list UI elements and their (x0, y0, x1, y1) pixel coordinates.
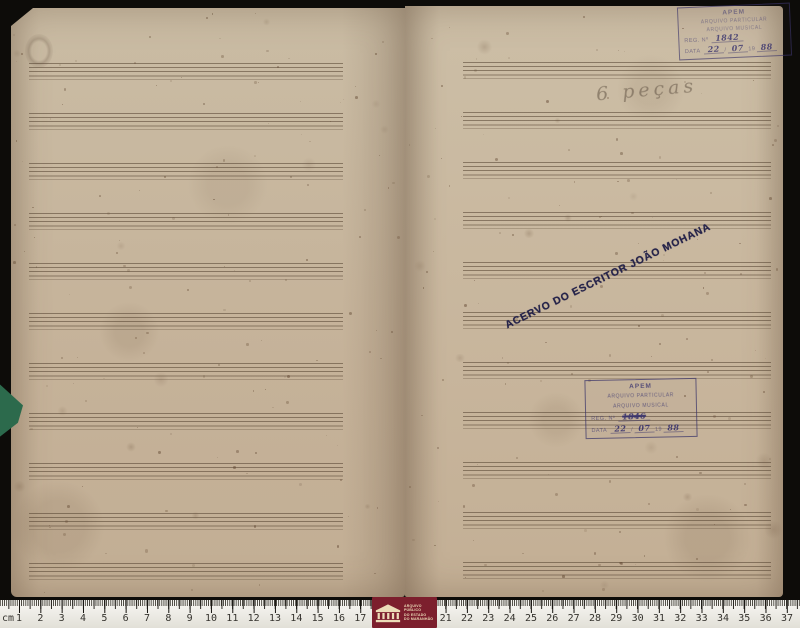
paper-speck (765, 358, 766, 359)
paper-speck (437, 447, 439, 449)
paper-stain (454, 354, 466, 363)
ruler-number: 30 (632, 613, 644, 624)
paper-speck (583, 16, 585, 18)
paper-speck (255, 13, 256, 14)
paper-speck (542, 590, 544, 592)
paper-speck (545, 342, 546, 343)
paper-speck (434, 218, 436, 220)
paper-speck (116, 252, 118, 254)
ruler-number: 32 (674, 613, 686, 624)
staff-lines (29, 163, 343, 180)
paper-speck (744, 483, 747, 486)
paper-speck (409, 486, 411, 488)
ruler-number: 36 (760, 613, 772, 624)
reg-value-crossed-out: 1846 (618, 411, 650, 421)
paper-speck (435, 128, 436, 129)
staff-lines (29, 63, 343, 80)
paper-speck (99, 195, 101, 197)
paper-speck (555, 493, 558, 496)
paper-speck (223, 309, 226, 312)
paper-speck (67, 505, 70, 508)
ruler-number: 31 (653, 613, 665, 624)
staff-lines (463, 562, 771, 579)
paper-speck (434, 545, 435, 546)
paper-speck (306, 259, 308, 261)
date-month-handwritten: 07 (727, 43, 747, 53)
paper-speck (562, 575, 565, 578)
paper-speck (316, 360, 318, 362)
ruler-number: 9 (187, 613, 193, 624)
ruler-number: 22 (461, 613, 473, 624)
paper-speck (464, 304, 467, 307)
paper-speck (149, 36, 151, 38)
paper-speck (254, 155, 256, 157)
paper-speck (728, 417, 731, 420)
paper-speck (392, 182, 395, 185)
paper-speck (508, 57, 510, 59)
paper-speck (397, 236, 400, 239)
staff-lines (29, 363, 343, 380)
ruler-number: 1 (16, 613, 22, 624)
logo-text-block: ARQUIVOPÚBLICODO ESTADODO MARANHÃO (404, 604, 433, 622)
ruler-unit-label: cm (2, 613, 14, 624)
paper-speck (255, 452, 257, 454)
paper-speck (506, 32, 509, 35)
paper-speck (69, 294, 70, 295)
paper-speck (431, 38, 433, 40)
paper-speck (651, 356, 652, 357)
paper-speck (82, 486, 84, 488)
stamp-line2: ARQUIVO PARTICULAR (591, 392, 691, 400)
paper-speck (217, 457, 218, 458)
paper-speck (461, 116, 462, 117)
paper-speck (135, 337, 137, 339)
paper-speck (223, 159, 225, 161)
staff-lines (463, 112, 771, 129)
paper-speck (129, 286, 132, 289)
paper-speck (441, 158, 442, 159)
paper-speck (62, 104, 63, 105)
paper-stain (477, 39, 492, 55)
staff-lines (29, 463, 343, 480)
paper-speck (107, 212, 110, 215)
paper-speck (337, 545, 339, 547)
paper-speck (505, 383, 507, 385)
paper-speck (769, 197, 772, 200)
paper-speck (512, 234, 514, 236)
paper-speck (206, 17, 208, 19)
ruler-number: 4 (80, 613, 86, 624)
paper-stain (755, 453, 772, 470)
paper-speck (696, 558, 698, 560)
ruler-number: 15 (312, 613, 324, 624)
staff-lines (463, 212, 771, 229)
date-day-handwritten: 22 (610, 424, 630, 434)
paper-speck (409, 144, 410, 145)
paper-speck (484, 564, 486, 566)
archive-stamp-middle: APEM ARQUIVO PARTICULAR ARQUIVO MUSICAL … (584, 378, 697, 439)
paper-speck (77, 357, 78, 358)
staff-lines (29, 313, 343, 330)
paper-speck (507, 362, 509, 364)
staff-lines (29, 563, 343, 580)
paper-speck (348, 516, 349, 517)
building-icon (375, 601, 401, 625)
paper-speck (388, 187, 390, 189)
paper-speck (772, 144, 774, 146)
paper-speck (676, 456, 678, 458)
scanned-document: APEM ARQUIVO PARTICULAR ARQUIVO MUSICAL … (0, 0, 800, 628)
paper-stain (554, 118, 560, 124)
paper-speck (63, 533, 66, 536)
ruler-number: 21 (440, 613, 452, 624)
ruler-number: 35 (738, 613, 750, 624)
ruler-number: 24 (504, 613, 516, 624)
paper-speck (476, 58, 477, 59)
paper-speck (219, 38, 221, 40)
paper-speck (706, 292, 708, 294)
manuscript-page-left (11, 8, 405, 597)
paper-speck (615, 252, 617, 254)
paper-speck (540, 380, 542, 382)
paper-stain (765, 519, 782, 540)
paper-speck (165, 510, 168, 513)
paper-speck (288, 58, 290, 60)
paper-stain (629, 192, 638, 201)
paper-speck (139, 190, 140, 191)
paper-speck (13, 34, 15, 36)
paper-speck (218, 364, 220, 366)
paper-speck (472, 484, 475, 487)
paper-stain (126, 442, 136, 452)
paper-speck (364, 209, 366, 211)
paper-speck (464, 76, 466, 78)
paper-speck (744, 504, 747, 507)
staff-lines (463, 62, 771, 79)
paper-speck (213, 199, 215, 201)
paper-speck (483, 134, 484, 135)
paper-speck (343, 99, 344, 100)
paper-speck (609, 354, 611, 356)
paper-speck (659, 343, 661, 345)
paper-speck (638, 243, 639, 244)
paper-speck (286, 401, 288, 403)
paper-speck (266, 50, 269, 53)
ruler-number: 14 (290, 613, 302, 624)
paper-speck (34, 237, 35, 238)
paper-speck (574, 181, 576, 183)
paper-speck (349, 312, 352, 315)
paper-speck (258, 82, 259, 83)
paper-speck (546, 100, 549, 103)
paper-speck (24, 251, 25, 252)
staff-lines (463, 512, 771, 529)
staff-lines (463, 362, 771, 379)
apem-logo-chip: ARQUIVOPÚBLICODO ESTADODO MARANHÃO (372, 597, 437, 628)
paper-speck (730, 509, 731, 510)
paper-speck (570, 305, 572, 307)
paper-speck (192, 564, 195, 567)
ruler-number: 6 (123, 613, 129, 624)
paper-speck (299, 483, 302, 486)
paper-speck (627, 179, 630, 182)
paper-speck (703, 287, 705, 289)
paper-speck (246, 473, 247, 474)
stamp-date-row: DATA 22 / 07 19 88 (685, 42, 786, 55)
paper-speck (474, 280, 475, 281)
paper-speck (21, 53, 23, 55)
staff-lines (463, 162, 771, 179)
ruler-number: 8 (165, 613, 171, 624)
paper-speck (326, 435, 327, 436)
paper-speck (740, 273, 742, 275)
paper-speck (619, 531, 621, 533)
paper-stain (263, 18, 271, 26)
paper-speck (442, 379, 444, 381)
paper-speck (755, 350, 756, 351)
paper-speck (158, 451, 160, 453)
archive-stamp-top-right: APEM ARQUIVO PARTICULAR ARQUIVO MUSICAL … (677, 3, 792, 61)
paper-speck (391, 331, 393, 333)
paper-stain (600, 580, 610, 590)
paper-speck (376, 330, 377, 331)
paper-speck (380, 358, 382, 360)
reg-label: REG. Nº (684, 37, 708, 44)
staff-lines (29, 113, 343, 130)
ruler-number: 13 (269, 613, 281, 624)
stamp-reg-row: REG. Nº 1846 (591, 411, 691, 422)
paper-speck (233, 466, 236, 469)
paper-speck (22, 161, 23, 162)
paper-speck (377, 507, 379, 509)
ruler-number: 25 (525, 613, 537, 624)
paper-speck (596, 49, 598, 51)
paper-speck (73, 383, 75, 385)
paper-speck (13, 261, 16, 264)
paper-speck (191, 589, 193, 591)
paper-speck (412, 539, 414, 541)
paper-speck (616, 138, 618, 140)
paper-speck (609, 480, 611, 482)
staff-lines (29, 213, 343, 230)
ruler-number: 23 (482, 613, 494, 624)
ruler-number: 3 (59, 613, 65, 624)
paper-speck (620, 152, 623, 155)
paper-speck (644, 555, 645, 556)
paper-speck (187, 289, 189, 291)
paper-speck (203, 103, 205, 105)
paper-speck (272, 407, 274, 409)
paper-stain (154, 371, 168, 388)
paper-speck (103, 378, 104, 379)
paper-speck (508, 197, 510, 199)
paper-speck (359, 236, 361, 238)
stamp-org-label: APEM (590, 382, 690, 391)
paper-speck (739, 243, 740, 244)
date-separator: / (631, 427, 633, 433)
paper-speck (516, 457, 518, 459)
ruler-number: 2 (37, 613, 43, 624)
paper-speck (777, 125, 779, 127)
paper-speck (127, 269, 130, 272)
paper-speck (374, 573, 375, 574)
paper-stain (364, 504, 370, 509)
ruler-number: 37 (781, 613, 793, 624)
paper-speck (619, 562, 622, 565)
paper-speck (763, 391, 765, 393)
paper-speck (249, 280, 251, 282)
paper-speck (617, 181, 619, 183)
paper-stain (380, 125, 389, 134)
paper-speck (170, 80, 172, 82)
paper-speck (478, 303, 480, 305)
ruler-number: 12 (248, 613, 260, 624)
paper-speck (254, 525, 256, 527)
paper-speck (753, 80, 754, 81)
paper-stain (682, 493, 693, 501)
staff-lines (29, 263, 343, 280)
paper-speck (253, 390, 255, 392)
date-label: DATA (685, 49, 701, 56)
paper-speck (463, 505, 465, 507)
paper-speck (265, 389, 266, 390)
paper-speck (170, 433, 172, 435)
paper-speck (105, 553, 106, 554)
paper-speck (379, 155, 380, 156)
paper-speck (686, 338, 688, 340)
date-label: DATA (591, 428, 607, 434)
paper-speck (495, 158, 498, 161)
date-month-handwritten: 07 (634, 424, 654, 434)
ruler-number: 29 (610, 613, 622, 624)
paper-speck (85, 400, 87, 402)
paper-speck (441, 85, 443, 87)
paper-speck (648, 503, 649, 504)
paper-speck (776, 268, 778, 270)
paper-speck (750, 375, 753, 378)
paper-speck (676, 179, 677, 180)
paper-stain (414, 260, 426, 273)
paper-speck (375, 53, 376, 54)
paper-speck (254, 81, 256, 83)
paper-speck (340, 479, 342, 481)
paper-speck (631, 212, 633, 214)
paper-speck (32, 207, 33, 208)
paper-speck (236, 450, 239, 453)
paper-speck (309, 141, 311, 143)
paper-speck (559, 205, 561, 207)
paper-speck (624, 51, 625, 52)
paper-stain (13, 481, 26, 492)
paper-speck (143, 352, 145, 354)
paper-speck (300, 101, 301, 102)
stamp-date-row: DATA 22 / 07 19 88 (591, 423, 691, 434)
paper-speck (568, 149, 570, 151)
ruler-number: 33 (696, 613, 708, 624)
year-prefix: 19 (655, 427, 662, 433)
paper-speck (145, 549, 148, 552)
paper-speck (502, 357, 504, 359)
paper-speck (423, 287, 424, 288)
paper-speck (427, 175, 430, 178)
paper-speck (449, 185, 451, 187)
year-prefix: 19 (748, 46, 755, 52)
paper-speck (44, 592, 45, 593)
paper-speck (355, 86, 356, 87)
ruler-number: 28 (589, 613, 601, 624)
paper-speck (212, 13, 214, 15)
paper-speck (46, 385, 49, 388)
paper-speck (64, 88, 67, 91)
paper-stain (13, 49, 21, 58)
paper-speck (584, 529, 587, 532)
manuscript-page-right (405, 6, 783, 597)
stamp-line3: ARQUIVO MUSICAL (591, 401, 691, 409)
paper-speck (774, 139, 777, 142)
paper-speck (285, 279, 287, 281)
paper-speck (426, 271, 428, 273)
staff-lines (29, 513, 343, 530)
logo-text-line: DO MARANHÃO (404, 617, 433, 621)
paper-speck (307, 184, 309, 186)
date-day-handwritten: 22 (703, 44, 723, 54)
paper-stain (523, 229, 534, 239)
date-separator: / (724, 47, 726, 53)
ruler-number: 10 (205, 613, 217, 624)
paper-stain (644, 441, 658, 454)
paper-speck (474, 69, 477, 72)
paper-speck (713, 415, 715, 417)
paper-speck (259, 584, 261, 586)
paper-speck (221, 55, 224, 58)
paper-speck (382, 41, 385, 44)
paper-speck (61, 357, 63, 359)
staff-lines (29, 413, 343, 430)
paper-speck (268, 123, 269, 124)
paper-speck (301, 134, 302, 135)
paper-speck (14, 224, 16, 226)
paper-speck (119, 240, 120, 241)
paper-speck (156, 85, 157, 86)
staff-lines (463, 462, 771, 479)
year-value-handwritten: 88 (756, 42, 776, 52)
ruler-number: 7 (144, 613, 150, 624)
paper-speck (499, 232, 501, 234)
paper-speck (337, 445, 338, 446)
ruler-number: 17 (354, 613, 366, 624)
paper-speck (696, 508, 699, 511)
paper-stain (564, 214, 572, 222)
paper-speck (710, 192, 712, 194)
paper-stain (116, 242, 127, 250)
paper-speck (16, 140, 18, 142)
paper-stain (371, 100, 381, 108)
paper-speck (369, 351, 371, 353)
paper-speck (618, 50, 619, 51)
paper-speck (340, 102, 342, 104)
paper-speck (36, 266, 37, 267)
ruler-number: 27 (568, 613, 580, 624)
paper-speck (146, 332, 149, 335)
reg-label: REG. Nº (591, 415, 615, 422)
paper-speck (421, 415, 423, 417)
ruler-number: 11 (226, 613, 238, 624)
paper-speck (355, 96, 358, 99)
paper-speck (522, 553, 524, 555)
paper-speck (224, 266, 225, 267)
paper-speck (449, 27, 450, 28)
paper-speck (287, 375, 290, 378)
